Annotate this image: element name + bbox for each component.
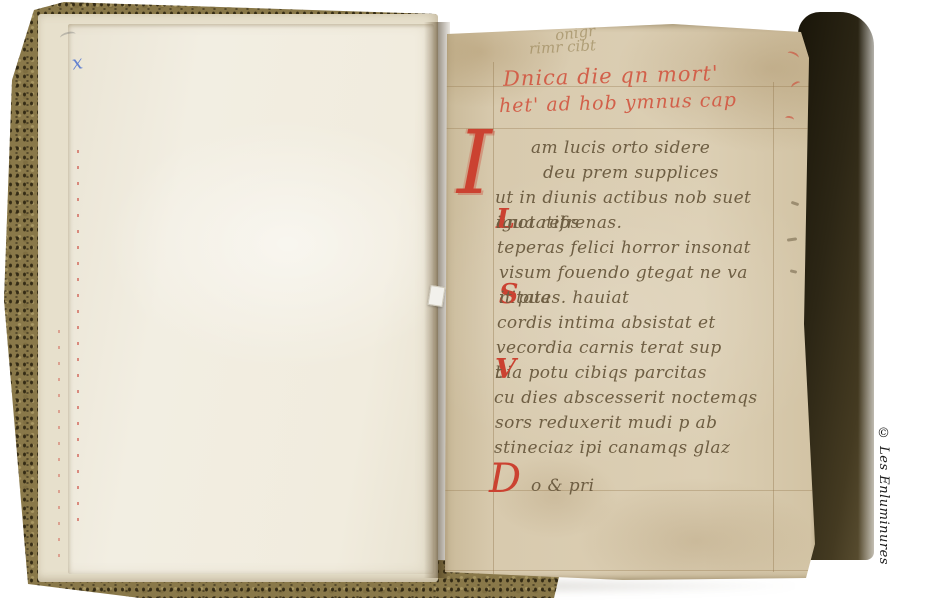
ruling-line — [443, 570, 816, 571]
red-initial: D — [489, 464, 521, 494]
left-page — [68, 24, 434, 574]
red-edge-speckles — [58, 330, 60, 560]
rubric-line-2: het' ad hob ymnus cap — [499, 89, 737, 117]
ink-edge-mark — [787, 237, 797, 241]
red-edge-scribble — [790, 80, 802, 90]
drop-cap-initial: I — [457, 126, 492, 201]
faded-inscription: rimr cibt — [529, 36, 597, 57]
manuscript-photo: x onigr rimr cibt Dnica die qn mort' het… — [0, 0, 934, 600]
text-line: o & pri — [531, 476, 594, 496]
ruling-line — [443, 128, 816, 129]
right-page: onigr rimr cibt Dnica die qn mort' het' … — [443, 24, 816, 580]
red-edge-scribble — [785, 115, 795, 122]
ruling-line — [773, 82, 774, 572]
ink-edge-mark — [790, 269, 797, 273]
ink-edge-mark — [791, 201, 800, 206]
red-edge-scribble — [786, 50, 800, 61]
copyright-credit: © Les Enluminures — [876, 426, 891, 566]
bookmark-tab — [428, 285, 446, 307]
red-edge-speckles — [77, 150, 79, 530]
